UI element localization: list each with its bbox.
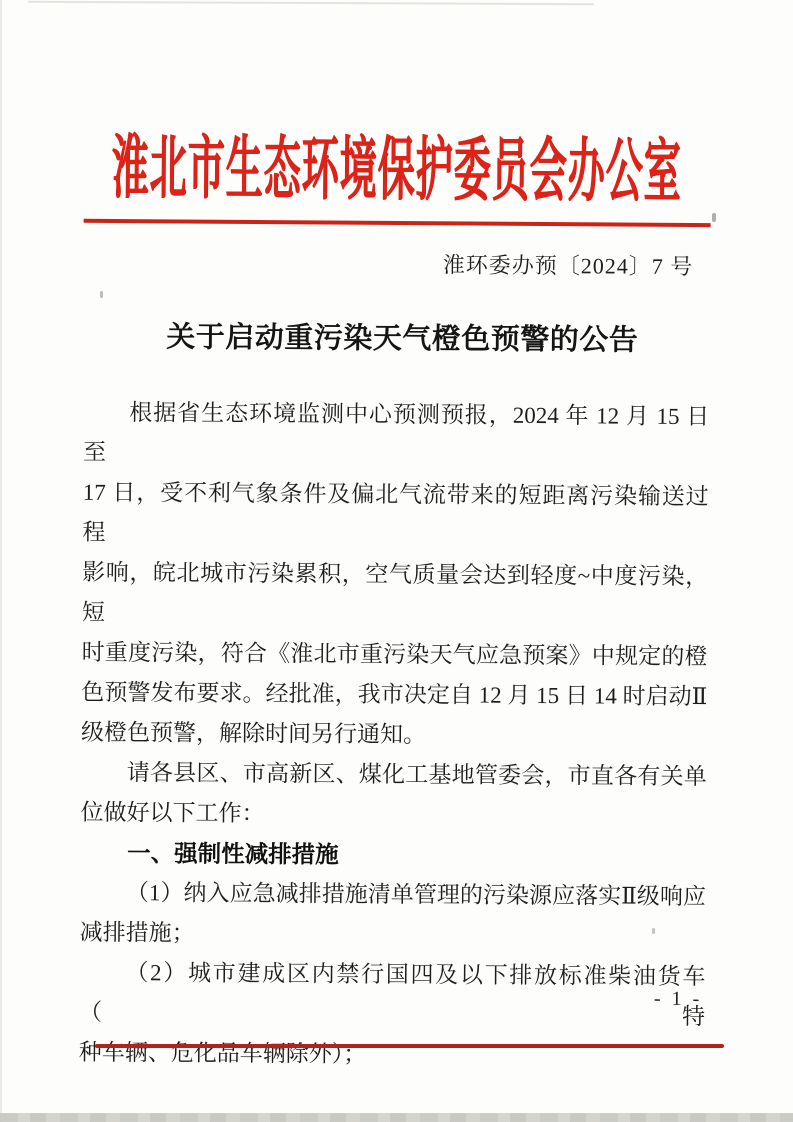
body-line: 请各县区、市高新区、煤化工基地管委会，市直各有关单: [81, 753, 707, 797]
scan-artifact-speck: [100, 291, 103, 298]
scan-artifact-speck: [652, 928, 655, 934]
body-line: 级橙色预警，解除时间另行通知。: [81, 713, 707, 757]
body-line: 种车辆、危化品车辆除外）；: [79, 1033, 705, 1077]
document-number: 淮环委办预〔2024〕7 号: [443, 248, 694, 281]
scan-artifact-left-edge: [0, 0, 2, 1122]
body-line: 色预警发布要求。经批准，我市决定自 12 月 15 日 14 时启动Ⅱ: [81, 673, 707, 717]
document-body: 根据省生态环境监测中心预测预报，2024 年 12 月 15 日至 17 日，受…: [79, 393, 710, 1077]
body-line: 时重度污染，符合《淮北市重污染天气应急预案》中规定的橙: [81, 633, 707, 677]
page-number: - 1 -: [654, 988, 702, 1011]
scan-artifact-bottom-edge: [0, 1113, 793, 1122]
document-content: 淮北市生态环境保护委员会办公室 淮环委办预〔2024〕7 号 关于启动重污染天气…: [0, 0, 793, 1122]
body-line: 根据省生态环境监测中心预测预报，2024 年 12 月 15 日至: [83, 393, 710, 477]
scan-artifact-speck: [712, 213, 716, 222]
letterhead-org-name: 淮北市生态环境保护委员会办公室: [0, 134, 793, 209]
scanned-document-page: 淮北市生态环境保护委员会办公室 淮环委办预〔2024〕7 号 关于启动重污染天气…: [0, 0, 793, 1122]
footer-divider-line: [95, 1044, 724, 1048]
body-line: 影响，皖北城市污染累积，空气质量会达到轻度~中度污染，短: [82, 553, 709, 637]
document-title: 关于启动重污染天气橙色预警的公告: [0, 313, 792, 360]
body-line: 减排措施；: [80, 913, 706, 957]
body-line: （1）纳入应急减排措施清单管理的污染源应落实Ⅱ级响应: [80, 873, 706, 917]
body-line: 位做好以下工作：: [80, 793, 706, 837]
body-line: 17 日，受不利气象条件及偏北气流带来的短距离污染输送过程: [82, 473, 709, 557]
letterhead-divider-line: [84, 219, 711, 227]
body-line: （2）城市建成区内禁行国四及以下排放标准柴油货车（特: [79, 953, 706, 1037]
section-heading: 一、强制性减排措施: [80, 833, 706, 877]
